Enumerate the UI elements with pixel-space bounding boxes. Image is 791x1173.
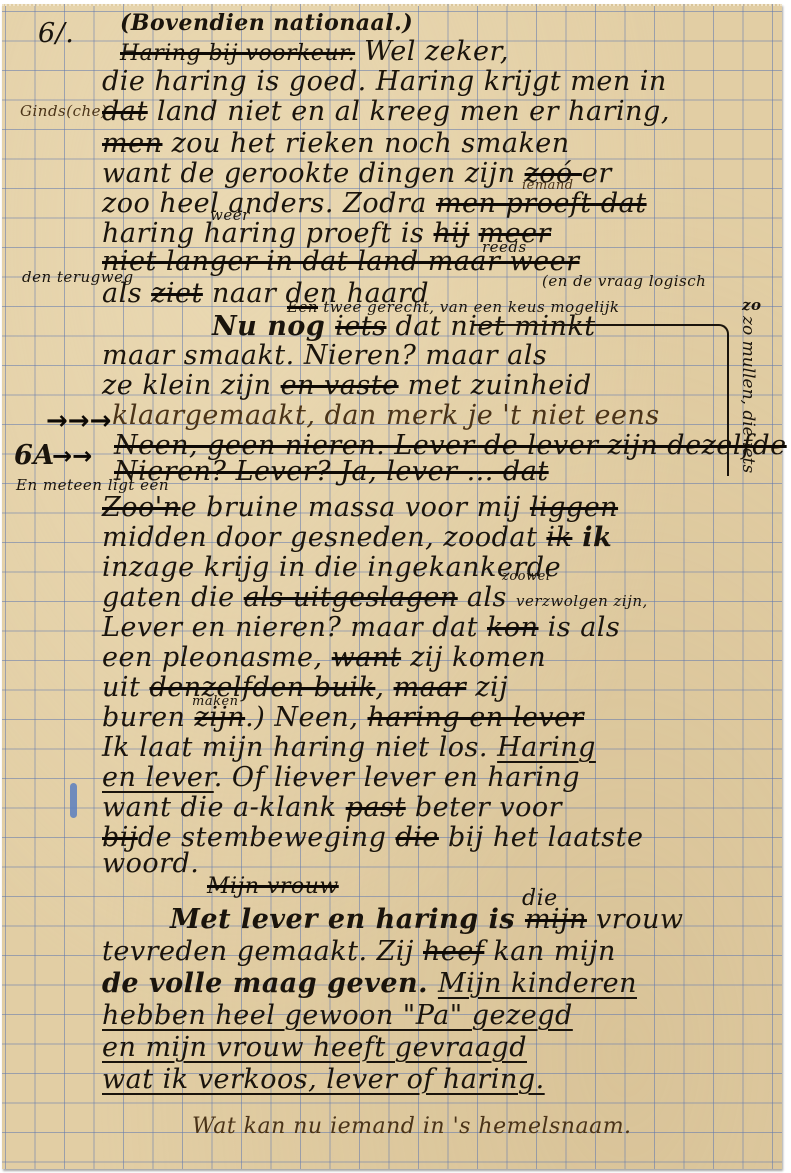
struck-text: Haring bij voorkeur. — [120, 41, 355, 66]
struck-text: denzelfden buik — [149, 672, 375, 703]
struck-text: maar — [394, 672, 467, 703]
line-text: Wel zeker, — [355, 36, 509, 67]
struck-text: mijn — [525, 904, 587, 935]
line-text: midden door gesneden, zoodat — [102, 522, 546, 553]
manuscript-line-23: buren zijn.) Neen, haring en lever — [102, 702, 584, 733]
struck-text: zijn — [195, 702, 246, 733]
line-text: uit — [102, 672, 149, 703]
line-text: . Of liever lever en haring — [214, 762, 580, 793]
struck-text: liggen — [530, 492, 618, 523]
manuscript-line-20: Lever en nieren? maar dat kon is als — [102, 612, 620, 643]
manuscript-line-30: Met lever en haring is mijn vrouw — [170, 904, 683, 935]
struck-text: want — [332, 642, 401, 673]
line-text: verzwolgen zijn, — [516, 592, 648, 610]
page-number: 6/. — [38, 18, 74, 49]
manuscript-line-4: men zou het rieken noch smaken — [102, 128, 570, 159]
struck-text: haring en lever — [368, 702, 585, 733]
line-text: gaten die — [102, 582, 244, 613]
struck-text: ziet — [151, 278, 203, 309]
struck-text: dat — [102, 96, 148, 127]
underlined-text: wat ik verkoos, lever of haring. — [102, 1064, 545, 1095]
manuscript-line-18: inzage krijg in die ingekankerde — [102, 552, 561, 583]
line-text: Lever en nieren? maar dat — [102, 612, 487, 643]
manuscript-line-11: maar smaakt. Nieren? maar als — [102, 340, 547, 371]
line-text: ik — [572, 522, 612, 553]
line-text: is als — [539, 612, 621, 643]
manuscript-page: 6/. (Bovendien nationaal.) Haring bij vo… — [2, 4, 782, 1169]
struck-text: heef — [423, 936, 484, 967]
underlined-text: en mijn vrouw heeft gevraagd — [102, 1032, 527, 1063]
arrow-marks-icon: →→ — [52, 442, 92, 470]
right-margin-note: zo mullen, die iets — [738, 316, 758, 506]
underlined-text: hebben heel gewoon "Pa" gezegd — [102, 1000, 573, 1031]
bracket-end-mark: zo — [742, 296, 762, 314]
line-text: kan mijn — [484, 936, 616, 967]
line-text: als — [102, 278, 151, 309]
line-text: Nu nog — [212, 311, 335, 342]
manuscript-line-26: want die a-klank past beter voor — [102, 792, 562, 823]
manuscript-line-24: Ik laat mijn haring niet los. Haring — [102, 732, 596, 763]
struck-text: als uitgeslagen — [244, 582, 458, 613]
struck-text: men — [102, 128, 162, 159]
line-text: haring haring proeft is — [102, 218, 434, 249]
arrow-marks-icon: →→→ — [46, 406, 111, 436]
manuscript-line-34: en mijn vrouw heeft gevraagd — [102, 1032, 527, 1063]
line-text: , — [375, 672, 393, 703]
struck-text: en vaste — [281, 370, 399, 401]
manuscript-line-35: wat ik verkoos, lever of haring. — [102, 1064, 545, 1095]
struck-text: past — [346, 792, 406, 823]
line-text: een pleonasme, — [102, 642, 332, 673]
line-text: zij komen — [401, 642, 546, 673]
manuscript-line-19: gaten die als uitgeslagen als verzwolgen… — [102, 582, 648, 613]
line-text: Ik laat mijn haring niet los. — [102, 732, 497, 763]
manuscript-line-28: woord. — [102, 848, 199, 879]
inserted-heading: (Bovendien nationaal.) — [120, 10, 413, 36]
line-text: ze klein zijn — [102, 370, 281, 401]
manuscript-line-3: dat land niet en al kreeg men er haring, — [102, 96, 670, 127]
line-text: de volle maag geven. — [102, 968, 438, 999]
struck-text: men proeft dat — [436, 188, 647, 219]
struck-text: ik — [546, 522, 572, 553]
underlined-text: Haring — [497, 732, 596, 763]
line-text: als — [458, 582, 516, 613]
line-text: bij het laatste — [439, 822, 644, 853]
manuscript-line-8: niet langer in dat land maar weer — [102, 246, 579, 277]
struck-text: Mijn vrouw — [207, 874, 339, 899]
manuscript-line-15: Nieren? Lever? Ja, lever ... dat — [114, 456, 549, 487]
manuscript-line-1: Haring bij voorkeur. Wel zeker, — [120, 36, 509, 67]
struck-text: iets — [335, 311, 386, 342]
manuscript-line-25: en lever. Of liever lever en haring — [102, 762, 580, 793]
manuscript-line-17: midden door gesneden, zoodat ik ik — [102, 522, 612, 553]
manuscript-line-33: hebben heel gewoon "Pa" gezegd — [102, 1000, 573, 1031]
manuscript-line-12: ze klein zijn en vaste met zuinheid — [102, 370, 592, 401]
line-text: want die a-klank — [102, 792, 346, 823]
struck-text: hij — [434, 218, 470, 249]
line-text: want de gerookte dingen zijn — [102, 158, 525, 189]
underlined-text: en lever — [102, 762, 214, 793]
manuscript-line-22: uit denzelfden buik, maar zij — [102, 672, 508, 703]
manuscript-line-29: Mijn vrouw — [207, 874, 339, 899]
blue-ink-mark — [70, 783, 77, 818]
line-text: .) Neen, — [245, 702, 367, 733]
line-text: zij — [466, 672, 508, 703]
manuscript-line-21: een pleonasme, want zij komen — [102, 642, 546, 673]
struck-text: kon — [487, 612, 539, 643]
section-marker-6A: 6A — [14, 440, 55, 471]
line-text: beter voor — [406, 792, 562, 823]
struck-text: die — [395, 822, 438, 853]
left-margin-note: Ginds(che) — [20, 102, 107, 120]
line-text: zou het rieken noch smaken — [162, 128, 569, 159]
struck-text: niet langer in dat land maar weer — [102, 246, 579, 277]
manuscript-line-2: die haring is goed. Haring krijgt men in — [102, 66, 667, 97]
line-text: land niet en al kreeg men er haring, — [148, 96, 670, 127]
line-text: met zuinheid — [399, 370, 592, 401]
manuscript-line-36: Wat kan nu iemand in 's hemelsnaam. — [192, 1114, 632, 1139]
manuscript-line-31: tevreden gemaakt. Zij heef kan mijn — [102, 936, 616, 967]
manuscript-line-13: klaargemaakt, dan merk je 't niet eens — [112, 400, 660, 431]
manuscript-line-16: Zoo'ne bruine massa voor mij liggen — [102, 492, 618, 523]
line-text: Met lever en haring is — [170, 904, 525, 935]
struck-text: Zoo'n — [102, 492, 181, 523]
underlined-text: Mijn kinderen — [438, 968, 637, 999]
manuscript-line-6: zoo heel anders. Zodra men proeft dat — [102, 188, 647, 219]
line-text: er — [582, 158, 612, 189]
line-text: e bruine massa voor mij — [181, 492, 530, 523]
line-text: vrouw — [587, 904, 684, 935]
line-text: zoo heel anders. Zodra — [102, 188, 436, 219]
line-text: buren — [102, 702, 195, 733]
bracketed-insertion: (en de vraag logisch — [542, 272, 706, 290]
struck-text: Nieren? Lever? Ja, lever ... dat — [114, 456, 549, 487]
line-text: tevreden gemaakt. Zij — [102, 936, 423, 967]
manuscript-line-32: de volle maag geven. Mijn kinderen — [102, 968, 637, 999]
